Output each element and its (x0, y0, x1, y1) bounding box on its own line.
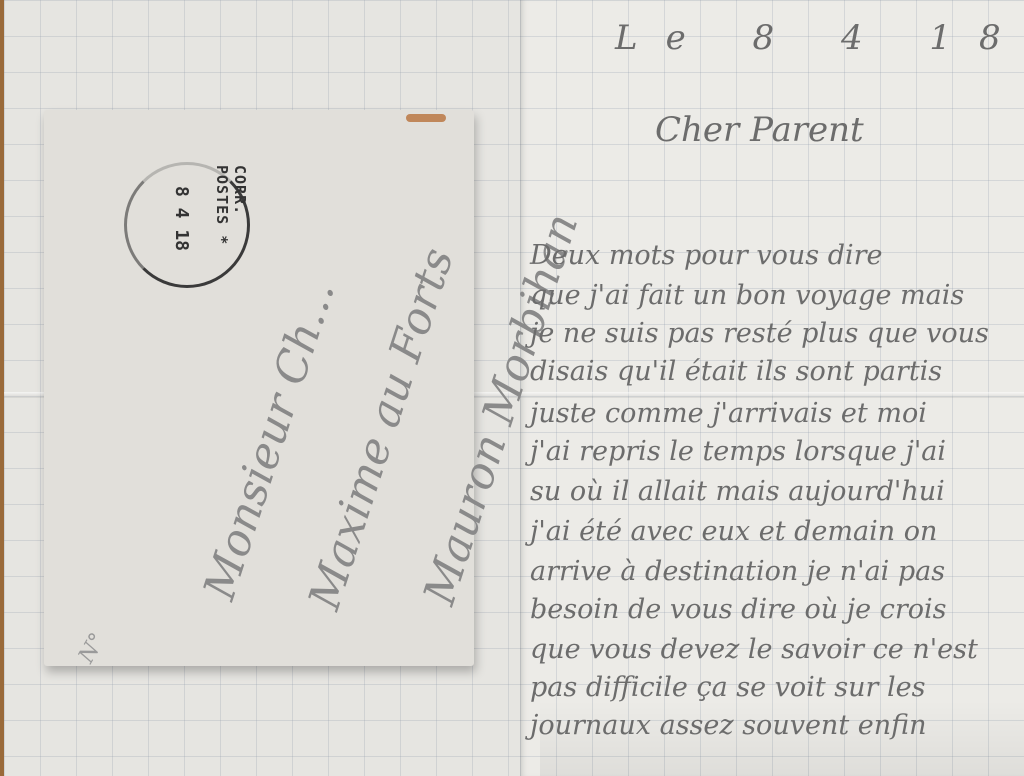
letter-body-line: journaux assez souvent enfin (530, 710, 927, 741)
rust-stain (406, 114, 446, 122)
letter-body-line: disais qu'il était ils sont partis (530, 356, 942, 387)
letter-body-line: que j'ai fait un bon voyage mais (530, 280, 964, 311)
letter-body-line: Deux mots pour vous dire (530, 240, 883, 271)
letter-salutation: Cher Parent (655, 110, 864, 150)
letter-body-line: juste comme j'arrivais et moi (530, 398, 927, 429)
letter-body-line: j'ai repris le temps lorsque j'ai (530, 436, 946, 467)
letter-body-line: arrive à destination je n'ai pas (530, 556, 945, 587)
letter-body-line: je ne suis pas resté plus que vous (530, 318, 989, 349)
postmark-ring-text: CORR. POSTES * (213, 165, 249, 271)
letter-body-line: pas difficile ça se voit sur les (530, 672, 925, 703)
letter-date: Le 8 4 18 (615, 18, 1024, 58)
postmark-stamp: CORR. POSTES * 8 4 18 (124, 162, 250, 288)
postmark-date: 8 4 18 (171, 186, 192, 251)
envelope: CORR. POSTES * 8 4 18 Monsieur Ch… Maxim… (44, 110, 474, 666)
envelope-corner-mark: N° (74, 629, 111, 668)
letter-body-line: su où il allait mais aujourd'hui (530, 476, 945, 507)
letter-body-line: j'ai été avec eux et demain on (530, 516, 937, 547)
letter-body-line: que vous devez le savoir ce n'est (530, 634, 978, 665)
letter-body-line: besoin de vous dire où je crois (530, 594, 946, 625)
